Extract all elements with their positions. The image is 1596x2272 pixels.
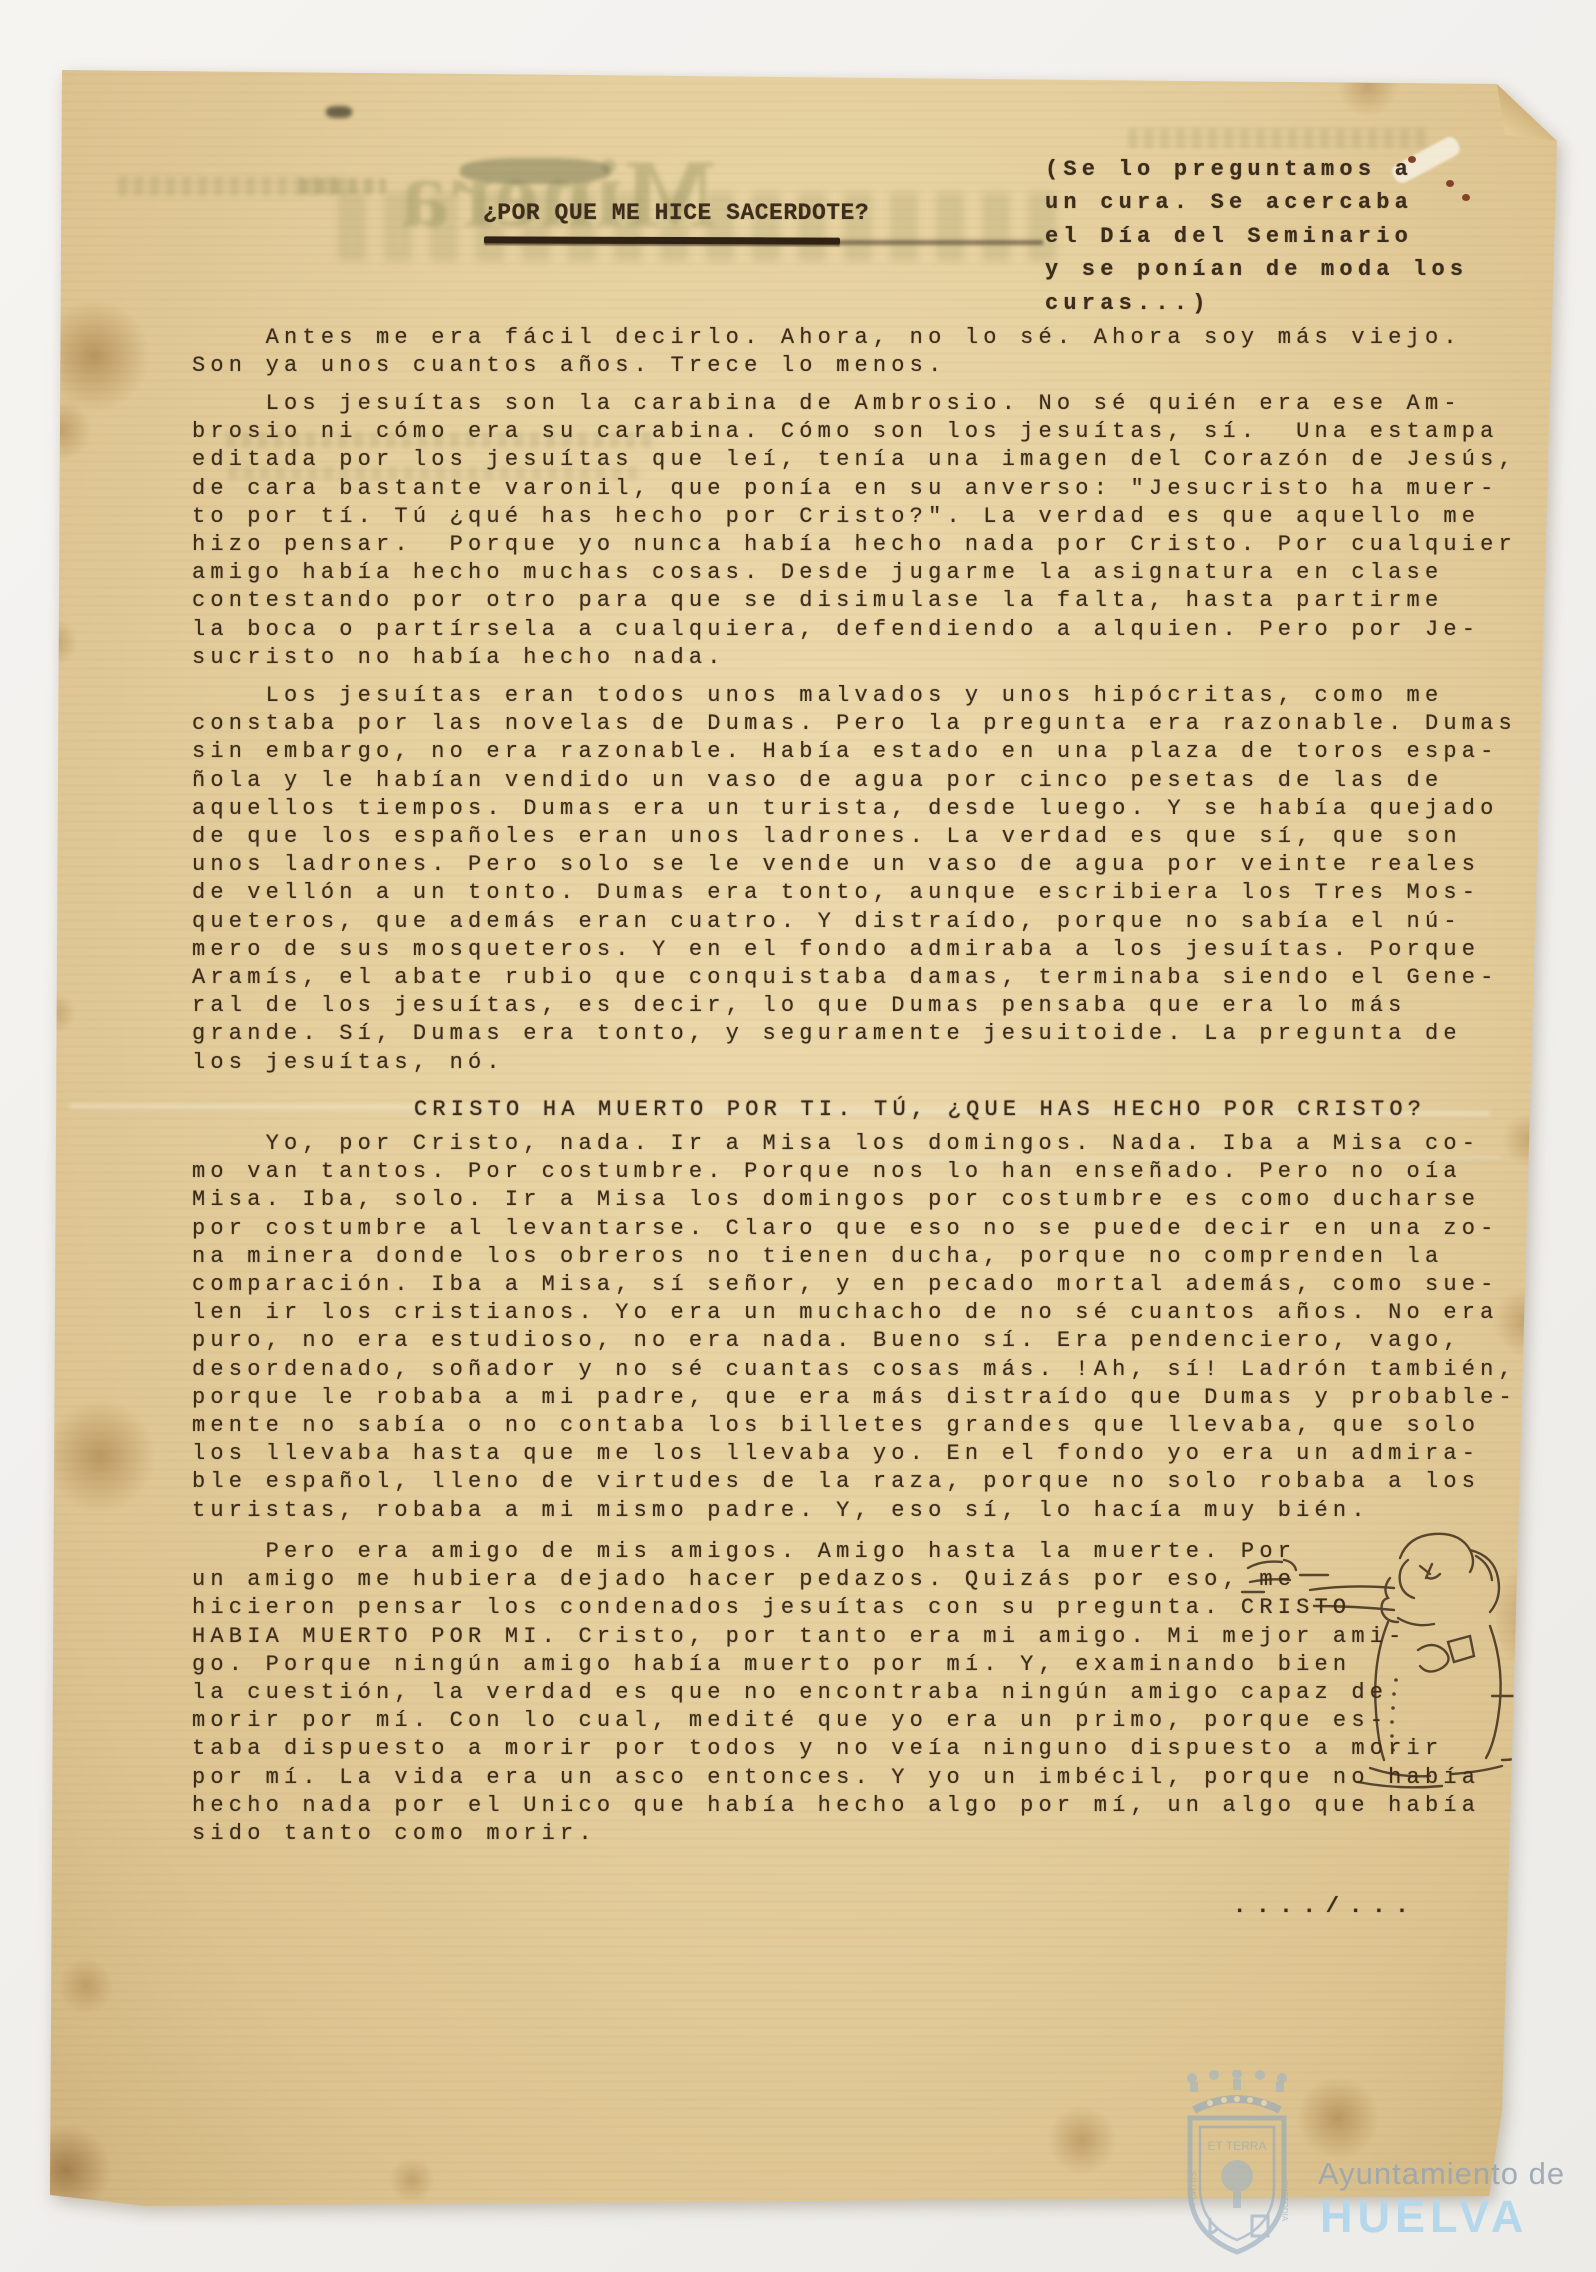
stain: [44, 1398, 156, 1514]
stain: [34, 992, 76, 1034]
ink-smudge: [460, 158, 610, 184]
ink-smudge: [326, 106, 352, 118]
stain: [18, 2126, 114, 2214]
stain: [1046, 2106, 1118, 2174]
ghost-stamp-line: [118, 176, 346, 196]
paper-wrapper: Minera ¿POR QUE ME HICE SACERDOTE? (Se l…: [0, 0, 1596, 2272]
paragraph-2: Los jesuítas son la carabina de Ambrosio…: [192, 390, 1517, 672]
title-underline-smear: [838, 240, 1043, 245]
watermark-line2: HUELVA: [1320, 2194, 1528, 2239]
paragraph-3: Los jesuítas eran todos unos malvados y …: [192, 682, 1517, 1077]
section-heading: CRISTO HA MUERTO POR TI. TÚ, ¿QUE HAS HE…: [414, 1096, 1426, 1124]
paper-sheet: Minera ¿POR QUE ME HICE SACERDOTE? (Se l…: [0, 0, 1596, 2272]
ghost-stamp-line: [300, 178, 386, 194]
stain: [1296, 2076, 1380, 2160]
paragraph-1: Antes me era fácil decirlo. Ahora, no lo…: [192, 324, 1462, 380]
stain: [28, 398, 92, 462]
continuation-mark: ..../...: [1233, 1893, 1419, 1921]
title-underline: [484, 236, 840, 244]
svg-text:CUSTODIA: CUSTODIA: [1280, 2180, 1289, 2222]
side-note: (Se lo preguntamos a un cura. Se acercab…: [1045, 153, 1468, 320]
stain: [38, 298, 150, 414]
stain: [30, 618, 78, 666]
ghost-note-line: [1128, 128, 1428, 148]
page-title: ¿POR QUE ME HICE SACERDOTE?: [483, 199, 869, 227]
document-scan: Minera ¿POR QUE ME HICE SACERDOTE? (Se l…: [0, 0, 1596, 2272]
paragraph-4: Yo, por Cristo, nada. Ir a Misa los domi…: [192, 1130, 1517, 1525]
priest-doodle-sketch: [1240, 1530, 1540, 1810]
stain: [1336, 56, 1400, 116]
stain: [58, 1958, 114, 2014]
huelva-crest-icon: ET TERRA PORTUS CUSTODIA: [1176, 2070, 1300, 2272]
svg-text:ET TERRA: ET TERRA: [1208, 2139, 1267, 2153]
ink-smudge: [1509, 58, 1565, 83]
corner-fold: [1487, 80, 1561, 146]
stain: [388, 2158, 436, 2202]
svg-text:PORTUS: PORTUS: [1189, 2172, 1198, 2205]
watermark-line1: Ayuntamiento de: [1318, 2158, 1565, 2189]
